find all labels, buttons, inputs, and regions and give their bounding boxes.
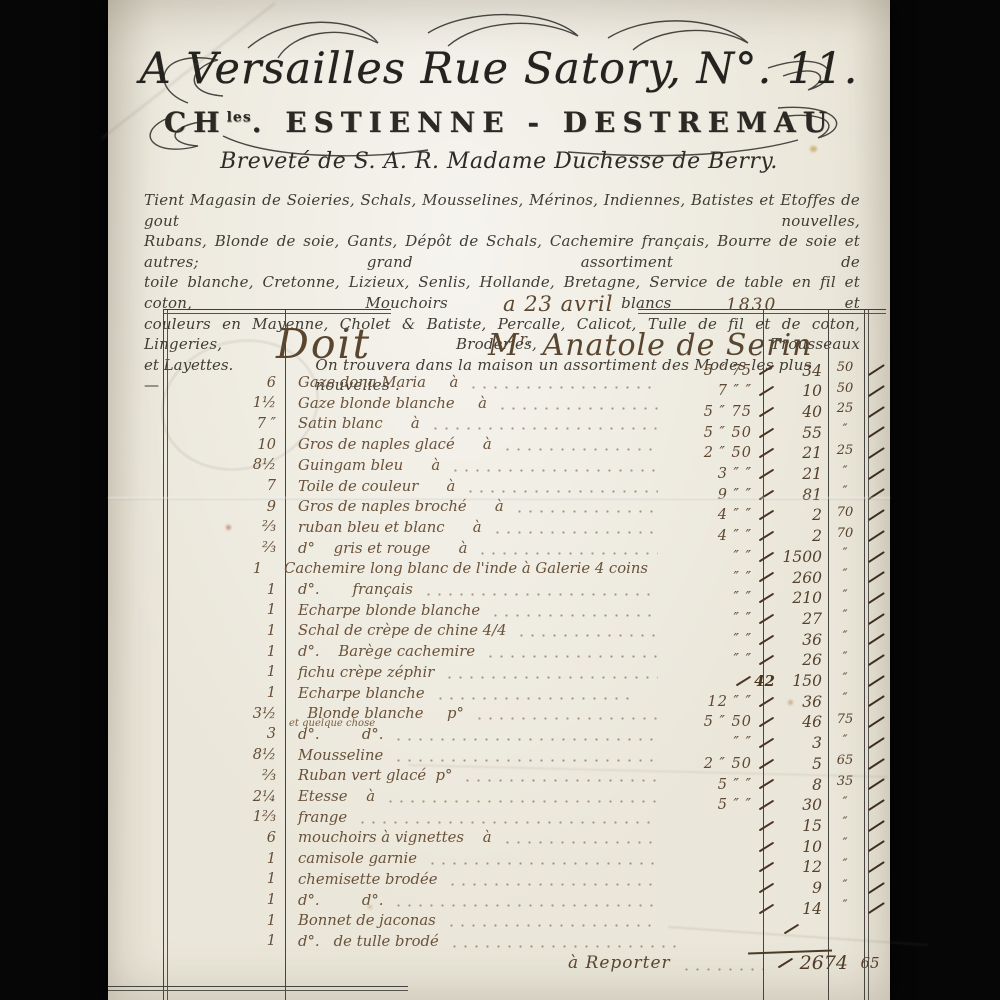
francs-cell: 150	[777, 672, 829, 690]
quantity-cell: 1	[163, 871, 285, 887]
francs-cell: 8	[777, 776, 829, 794]
amount-group: 4 ″ ″270	[666, 506, 886, 524]
centimes-cell: ″	[829, 546, 861, 561]
francs-cell: 12	[777, 858, 829, 876]
description-cell: Blonde blanche p°et quelque chose	[285, 705, 464, 722]
centimes-cell: 70	[829, 505, 861, 520]
description-cell: Ruban vert glacé p°	[285, 767, 452, 784]
description-cell: Echarpe blonde blanche	[285, 602, 480, 619]
centimes-cell: ″	[829, 422, 861, 437]
centimes-cell: ″	[829, 733, 861, 748]
amount-group: 42150″	[643, 672, 886, 690]
margin-tally-tick-icon	[868, 861, 885, 873]
quantity-cell: 1	[163, 602, 285, 618]
tally-tick-icon	[759, 883, 775, 894]
client-main: Anatole de Serin	[532, 328, 812, 363]
quantity-cell: 3½	[163, 706, 285, 722]
quantity-cell: 2¼	[163, 789, 285, 805]
tally-tick-icon	[759, 738, 775, 749]
margin-tally-tick-icon	[868, 613, 885, 625]
centimes-cell: ″	[829, 588, 861, 603]
firm-name: CHles. ESTIENNE - DESTREMAU	[108, 106, 890, 139]
amount-group: ″ ″26″	[666, 651, 886, 669]
centimes-cell: ″	[829, 608, 861, 623]
leader-dots	[393, 759, 658, 762]
amount-group: ″ ″36″	[666, 631, 886, 649]
unit-price-cell: 3 ″ ″	[666, 466, 752, 482]
centimes-cell: ″	[829, 898, 861, 913]
unit-price-cell: 9 ″ ″	[666, 487, 752, 503]
margin-tally-tick-icon	[868, 737, 885, 749]
tally-tick-icon	[759, 655, 775, 666]
leader-dots	[465, 490, 658, 493]
margin-tally-tick-icon	[868, 385, 885, 397]
leader-dots	[446, 924, 658, 927]
margin-tally-tick-icon	[868, 633, 885, 645]
margin-tally-tick-icon	[868, 903, 885, 915]
margin-tally-tick-icon	[868, 696, 885, 708]
firm-superscript: les	[227, 110, 252, 126]
margin-tally-tick-icon	[868, 509, 885, 521]
unit-price-cell: 5 ″ 50	[666, 714, 752, 730]
tally-tick-icon	[759, 365, 775, 376]
tally-tick-icon	[759, 427, 775, 438]
centimes-cell: ″	[829, 815, 861, 830]
margin-tally-tick-icon	[868, 530, 885, 542]
amount-group: ″ ″1500″	[666, 548, 886, 566]
margin-tally-tick-icon	[868, 654, 885, 666]
centimes-cell: 50	[829, 360, 861, 375]
centimes-cell: ″	[829, 484, 861, 499]
unit-price-cell: 2 ″ 50	[666, 445, 752, 461]
tally-tick-icon	[759, 717, 775, 728]
quantity-cell: ⅔	[163, 540, 285, 556]
description-cell: Bonnet de jaconas	[285, 912, 436, 929]
leader-dots	[516, 634, 658, 637]
margin-tally-tick-icon	[868, 426, 885, 438]
francs-cell: 27	[777, 610, 829, 628]
tally-tick-icon	[736, 676, 752, 687]
quantity-cell: 1	[163, 623, 285, 639]
paragraph-line: Rubans, Blonde de soie, Gants, Dépôt de …	[144, 231, 860, 272]
amount-group: 7 ″ ″1050	[666, 382, 886, 400]
leader-dots	[514, 510, 658, 513]
tally-tick-icon	[759, 613, 775, 624]
unit-price-cell: 5 ″ 50	[666, 425, 752, 441]
tally-tick-icon	[759, 510, 775, 521]
quantity-cell: 9	[163, 499, 285, 515]
client-superscript: r.	[520, 330, 532, 348]
foxing-spot	[788, 700, 793, 705]
tally-tick-icon	[759, 841, 775, 852]
tally-tick-icon	[759, 448, 775, 459]
margin-tally-tick-icon	[868, 882, 885, 894]
francs-cell: 46	[777, 713, 829, 731]
unit-price-cell: ″ ″	[666, 735, 752, 751]
amount-group: ″ ″260″	[666, 569, 886, 587]
letterhead-title: A Versailles Rue Satory, N°. 11.	[108, 44, 890, 94]
margin-tally-tick-icon	[868, 840, 885, 852]
unit-price-cell: 12 ″ ″	[666, 694, 752, 710]
amount-group: 9″	[666, 879, 886, 897]
unit-price-cell: 7 ″ ″	[666, 383, 752, 399]
centimes-cell: 70	[829, 526, 861, 541]
margin-tally-tick-icon	[868, 592, 885, 604]
centimes-cell: 65	[829, 753, 861, 768]
quantity-cell: 3	[163, 726, 285, 742]
centimes-cell: ″	[829, 691, 861, 706]
tally-tick-icon	[759, 758, 775, 769]
description-cell: Schal de crèpe de chine 4/4	[285, 622, 506, 639]
corrected-figure: 42	[754, 672, 775, 690]
amount-group: 3 ″ ″21″	[666, 465, 886, 483]
leader-dots	[430, 427, 658, 430]
carry-forward-label: à Reporter	[568, 953, 671, 973]
tally-tick-icon	[759, 593, 775, 604]
leader-dots	[492, 531, 658, 534]
margin-tally-tick-icon	[868, 758, 885, 770]
amount-group: 12 ″ ″36″	[666, 693, 886, 711]
description-cell: Cachemire long blanc de l'inde à Galerie…	[271, 560, 648, 577]
description-cell: Mousseline	[285, 747, 383, 764]
amount-group: 9 ″ ″81″	[666, 486, 886, 504]
description-cell: Gros de naples broché à	[285, 498, 504, 515]
description-cell: Echarpe blanche	[285, 685, 425, 702]
quantity-cell: ⅔	[163, 768, 285, 784]
amount-group: 5 ″ 753450	[666, 362, 886, 380]
description-cell: Gros de naples glacé à	[285, 436, 492, 453]
leader-dots	[468, 386, 658, 389]
unit-price-cell: ″ ″	[666, 570, 752, 586]
tally-tick-icon	[759, 696, 775, 707]
centimes-cell: ″	[829, 671, 861, 686]
unit-price-cell: ″ ″	[666, 611, 752, 627]
centimes-cell: ″	[829, 464, 861, 479]
margin-tally-tick-icon	[868, 447, 885, 459]
francs-cell: 26	[777, 651, 829, 669]
table-bottom-rule2	[108, 990, 408, 991]
firm-prefix: CH	[164, 106, 227, 139]
amount-group: 2 ″ 502125	[666, 444, 886, 462]
quantity-cell: 1	[163, 685, 285, 701]
francs-cell: 40	[777, 403, 829, 421]
leader-dots	[490, 614, 658, 617]
centimes-cell: ″	[829, 857, 861, 872]
margin-tally-tick-icon	[868, 364, 885, 376]
unit-price-cell: 5 ″ ″	[666, 797, 752, 813]
description-cell: Guingam bleu à	[285, 457, 440, 474]
francs-cell: 81	[777, 486, 829, 504]
quantity-cell: 1	[163, 664, 285, 680]
handwritten-year: 1830	[726, 295, 777, 315]
amount-group: 12″	[666, 858, 886, 876]
handwritten-date: a 23 avril	[503, 292, 613, 316]
leader-dots	[477, 552, 658, 555]
quantity-cell: 1	[163, 892, 285, 908]
unit-price-cell: 5 ″ ″	[666, 777, 752, 793]
foxing-spot	[368, 905, 372, 909]
centimes-cell: ″	[829, 878, 861, 893]
leader-dots	[357, 821, 658, 824]
francs-cell: 2	[777, 527, 829, 545]
amount-group: ″ ″210″	[666, 589, 886, 607]
francs-cell: 34	[777, 362, 829, 380]
unit-price-cell: 2 ″ 50	[666, 756, 752, 772]
francs-cell: 5	[777, 755, 829, 773]
tally-tick-icon	[759, 572, 775, 583]
quantity-cell: 7	[163, 478, 285, 494]
tally-tick-icon	[759, 800, 775, 811]
francs-cell: 2	[777, 506, 829, 524]
description-cell: d°. Barège cachemire	[285, 643, 475, 660]
francs-cell: 36	[777, 693, 829, 711]
total-francs: 2674	[796, 952, 854, 974]
francs-cell: 10	[777, 382, 829, 400]
francs-cell: 14	[777, 900, 829, 918]
amount-group: 4 ″ ″270	[666, 527, 886, 545]
header-rule-left2	[163, 313, 391, 314]
tally-tick-icon	[759, 779, 775, 790]
quantity-cell: 1⅔	[163, 809, 285, 825]
amount-group: 5 ″ 504675	[666, 713, 886, 731]
description-cell: Toile de couleur à	[285, 478, 455, 495]
table-bottom-rule	[108, 986, 408, 987]
leader-dots	[502, 448, 658, 451]
centimes-cell: 75	[829, 712, 861, 727]
francs-cell: 21	[777, 465, 829, 483]
quantity-cell: 1	[163, 582, 285, 598]
francs-cell: 21	[777, 444, 829, 462]
leader-dots	[393, 904, 658, 907]
centimes-cell: ″	[829, 567, 861, 582]
description-cell: mouchoirs à vignettes à	[285, 829, 492, 846]
margin-tally-tick-icon	[868, 716, 885, 728]
francs-cell: 3	[777, 734, 829, 752]
margin-tally-tick-icon	[868, 489, 885, 501]
leader-dots	[449, 945, 683, 948]
leader-dots	[485, 655, 658, 658]
amount-group: 10″	[666, 838, 886, 856]
centimes-cell: ″	[829, 795, 861, 810]
centimes-cell: 50	[829, 381, 861, 396]
quantity-cell: 1	[163, 561, 271, 577]
unit-price-cell: 4 ″ ″	[666, 507, 752, 523]
leader-dots	[393, 738, 658, 741]
royal-patent-line: Breveté de S. A. R. Madame Duchesse de B…	[108, 149, 890, 174]
tally-tick-icon	[759, 903, 775, 914]
leader-dots	[502, 841, 658, 844]
tally-tick-icon	[759, 531, 775, 542]
centimes-cell: 25	[829, 401, 861, 416]
francs-cell: 9	[777, 879, 829, 897]
quantity-cell: 1	[163, 851, 285, 867]
unit-price-cell: ″ ″	[666, 590, 752, 606]
francs-cell: 210	[777, 589, 829, 607]
unit-price-cell: 4 ″ ″	[666, 528, 752, 544]
quantity-cell: 1	[163, 933, 285, 949]
leader-dots	[497, 407, 658, 410]
total-row: à Reporter 2674 65	[568, 952, 886, 974]
tally-tick-icon	[778, 958, 794, 969]
leader-dots	[681, 968, 763, 971]
tally-tick-icon	[759, 551, 775, 562]
margin-tally-tick-icon	[868, 468, 885, 480]
leader-dots	[462, 779, 658, 782]
quantity-cell: 8½	[163, 747, 285, 763]
amount-group: 15″	[666, 817, 886, 835]
amount-group	[691, 928, 886, 930]
tally-tick-icon	[759, 406, 775, 417]
francs-cell: 1500	[777, 548, 829, 566]
invoice-document: A Versailles Rue Satory, N°. 11. CHles. …	[108, 0, 890, 1000]
leader-dots	[444, 676, 658, 679]
francs-cell: 30	[777, 796, 829, 814]
firm-main: . ESTIENNE - DESTREMAU	[252, 106, 834, 139]
tally-tick-icon	[759, 386, 775, 397]
leader-dots	[423, 593, 658, 596]
margin-tally-tick-icon	[868, 778, 885, 790]
leader-dots	[427, 862, 658, 865]
description-cell: fichu crèpe zéphir	[285, 664, 434, 681]
description-cell: d°. d°.	[285, 726, 383, 743]
tally-tick-icon	[759, 820, 775, 831]
description-cell: frange	[285, 809, 347, 826]
quantity-cell: 1	[163, 913, 285, 929]
margin-tally-tick-icon	[868, 571, 885, 583]
unit-price-cell: ″ ″	[666, 549, 752, 565]
amount-group: 5 ″ 754025	[666, 403, 886, 421]
centimes-cell: ″	[829, 836, 861, 851]
client-prefix: M	[488, 328, 520, 363]
leader-dots	[385, 800, 658, 803]
amount-group: ″ ″27″	[666, 610, 886, 628]
description-cell: camisole garnie	[285, 850, 417, 867]
foxing-spot	[810, 146, 817, 152]
leader-dots	[435, 697, 636, 700]
margin-tally-tick-icon	[868, 820, 885, 832]
leader-dots	[447, 883, 658, 886]
quantity-cell: 6	[163, 830, 285, 846]
amount-group: ″ ″3″	[666, 734, 886, 752]
centimes-cell: ″	[829, 629, 861, 644]
francs-cell: 260	[777, 569, 829, 587]
total-centimes: 65	[854, 954, 886, 972]
description-cell: chemisette brodée	[285, 871, 437, 888]
centimes-cell: 25	[829, 443, 861, 458]
leader-dots	[450, 469, 658, 472]
unit-price-cell: ″ ″	[666, 652, 752, 668]
amount-group: 5 ″ 5055″	[666, 424, 886, 442]
unit-price-cell: 5 ″ 75	[666, 363, 752, 379]
francs-cell: 55	[777, 424, 829, 442]
tally-tick-icon	[759, 469, 775, 480]
francs-cell: 10	[777, 838, 829, 856]
tally-tick-icon	[759, 862, 775, 873]
amount-group: 5 ″ ″835	[666, 776, 886, 794]
leader-dots	[474, 717, 658, 720]
amount-group: 5 ″ ″30″	[666, 796, 886, 814]
centimes-cell: ″	[829, 650, 861, 665]
francs-cell: 15	[777, 817, 829, 835]
margin-tally-tick-icon	[868, 675, 885, 687]
amount-group: 2 ″ 50565	[666, 755, 886, 773]
margin-tally-tick-icon	[868, 551, 885, 563]
paragraph-line: Tient Magasin de Soieries, Schals, Mouss…	[144, 190, 860, 231]
description-cell: Etesse à	[285, 788, 375, 805]
description-cell: ruban bleu et blanc à	[285, 519, 482, 536]
tally-tick-icon	[759, 489, 775, 500]
amount-group: 14″	[666, 900, 886, 918]
centimes-cell: 35	[829, 774, 861, 789]
margin-tally-tick-icon	[868, 799, 885, 811]
unit-price-cell: 5 ″ 75	[666, 404, 752, 420]
description-cell: d°. de tulle brodé	[285, 933, 439, 950]
tally-tick-icon	[759, 634, 775, 645]
quantity-cell: ⅔	[163, 519, 285, 535]
foxing-spot	[226, 525, 231, 530]
quantity-cell: 1	[163, 644, 285, 660]
description-cell: d°. français	[285, 581, 413, 598]
unit-price-cell: ″ ″	[666, 632, 752, 648]
description-cell: d° gris et rouge à	[285, 540, 467, 557]
table-row: 1d°. de tulle brodé	[163, 931, 886, 952]
client-name: Mr. Anatole de Serin	[488, 328, 812, 363]
header-rule-left	[163, 309, 391, 310]
francs-cell: 36	[777, 631, 829, 649]
margin-tally-tick-icon	[868, 406, 885, 418]
